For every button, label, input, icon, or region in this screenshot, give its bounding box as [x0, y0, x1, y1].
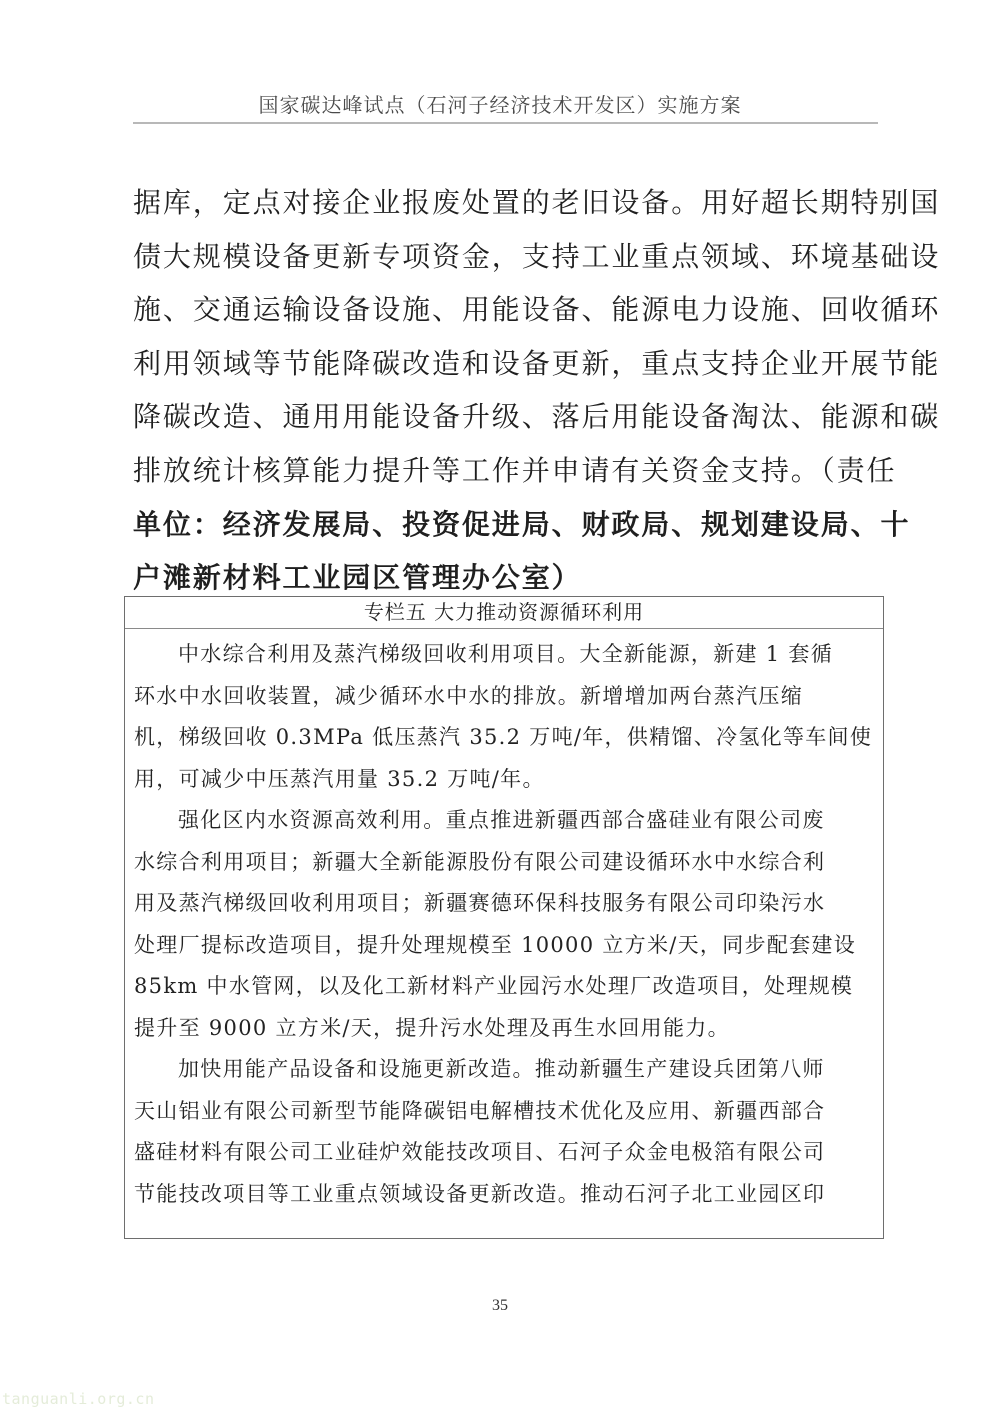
box-line: 天山铝业有限公司新型节能降碳铝电解槽技术优化及应用、新疆西部合 [134, 1091, 883, 1133]
running-header: 国家碳达峰试点（石河子经济技术开发区）实施方案 [0, 92, 1000, 118]
box-line: 水综合利用项目；新疆大全新能源股份有限公司建设循环水中水综合利 [134, 842, 883, 884]
box-line: 用及蒸汽梯级回收利用项目；新疆赛德环保科技服务有限公司印染污水 [134, 883, 883, 925]
box-line: 机，梯级回收 0.3MPa 低压蒸汽 35.2 万吨/年，供精馏、冷氢化等车间使 [134, 717, 883, 759]
body-line: 利用领域等节能降碳改造和设备更新，重点支持企业开展节能 [133, 337, 893, 391]
box-line: 强化区内水资源高效利用。重点推进新疆西部合盛硅业有限公司废 [134, 800, 883, 842]
responsible-units-line: 单位：经济发展局、投资促进局、财政局、规划建设局、十 [133, 498, 893, 552]
body-line: 据库，定点对接企业报废处置的老旧设备。用好超长期特别国 [133, 176, 893, 230]
header-divider [133, 122, 878, 124]
column-box: 专栏五 大力推动资源循环利用 中水综合利用及蒸汽梯级回收利用项目。大全新能源，新… [124, 596, 884, 1239]
column-box-title: 专栏五 大力推动资源循环利用 [125, 597, 883, 629]
box-line: 加快用能产品设备和设施更新改造。推动新疆生产建设兵团第八师 [134, 1049, 883, 1091]
box-line: 用，可减少中压蒸汽用量 35.2 万吨/年。 [134, 759, 883, 801]
body-line: 施、交通运输设备设施、用能设备、能源电力设施、回收循环 [133, 283, 893, 337]
body-paragraph: 据库，定点对接企业报废处置的老旧设备。用好超长期特别国 债大规模设备更新专项资金… [133, 176, 893, 605]
box-line: 85km 中水管网，以及化工新材料产业园污水处理厂改造项目，处理规模 [134, 966, 883, 1008]
body-line: 排放统计核算能力提升等工作并申请有关资金支持。（责任 [133, 444, 893, 498]
box-line: 处理厂提标改造项目，提升处理规模至 10000 立方米/天，同步配套建设 [134, 925, 883, 967]
body-line: 降碳改造、通用用能设备升级、落后用能设备淘汰、能源和碳 [133, 390, 893, 444]
page-number: 35 [0, 1297, 1000, 1315]
box-line: 中水综合利用及蒸汽梯级回收利用项目。大全新能源，新建 1 套循 [134, 634, 883, 676]
box-line: 盛硅材料有限公司工业硅炉效能技改项目、石河子众金电极箔有限公司 [134, 1132, 883, 1174]
box-line: 环水中水回收装置，减少循环水中水的排放。新增增加两台蒸汽压缩 [134, 676, 883, 718]
watermark: tanguanli.org.cn [2, 1390, 155, 1408]
body-line: 债大规模设备更新专项资金，支持工业重点领域、环境基础设 [133, 230, 893, 284]
column-box-body: 中水综合利用及蒸汽梯级回收利用项目。大全新能源，新建 1 套循 环水中水回收装置… [125, 629, 883, 1215]
box-line: 节能技改项目等工业重点领域设备更新改造。推动石河子北工业园区印 [134, 1174, 883, 1216]
box-line: 提升至 9000 立方米/天，提升污水处理及再生水回用能力。 [134, 1008, 883, 1050]
